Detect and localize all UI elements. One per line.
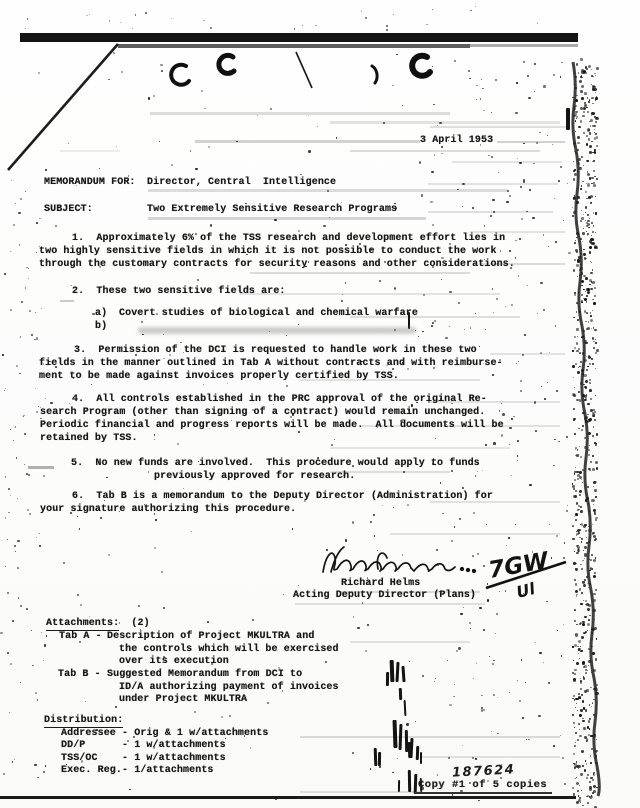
right-edge-shadow-band bbox=[571, 58, 597, 808]
paragraph-5-line-2: previously approved for research. bbox=[154, 470, 355, 483]
copy-line-underline bbox=[414, 792, 552, 794]
copy-count-line: Copy #1 of 5 copies bbox=[418, 779, 547, 792]
pen-slash-mark bbox=[296, 52, 312, 88]
tab-b-line-1: Suggested Memorandum from DCI to bbox=[107, 668, 302, 681]
distribution-item-4: Exec. Reg.- 1/attachments bbox=[61, 764, 214, 777]
tab-b-line-3: under Project MKULTRA bbox=[119, 693, 247, 706]
attachments-count-value: (2) bbox=[131, 618, 149, 629]
item-b-label: b) bbox=[95, 320, 107, 333]
paragraph-3-line-1: 3. Permission of the DCI is requested to… bbox=[74, 344, 477, 357]
paragraph-6-line-2: your signature authorizing this procedur… bbox=[40, 503, 296, 516]
paragraph-3-line-3: ment to be made against invoices properl… bbox=[39, 370, 399, 383]
item-a-label: a) bbox=[95, 307, 107, 320]
tab-a-label: Tab A - bbox=[59, 630, 102, 643]
subject-label: SUBJECT: bbox=[44, 203, 93, 216]
handwritten-document-number: 187624 bbox=[452, 762, 516, 780]
memo-date: 3 April 1953 bbox=[420, 134, 493, 147]
paragraph-5-line-1: 5. No new funds are involved. This proce… bbox=[71, 457, 480, 470]
scanned-memo-page: 7GW Ul 3 April 1953 MEMORANDUM FOR: Dire… bbox=[0, 0, 640, 808]
distribution-item-2: DD/P - 1 w/attachments bbox=[61, 739, 226, 752]
paragraph-1-line-1: 1. Approximately 6% of the TSS research … bbox=[72, 232, 505, 245]
item-a-text: Covert studies of biological and chemica… bbox=[119, 307, 418, 320]
tab-a-line-1: Description of Project MKULTRA and bbox=[107, 630, 314, 643]
bottom-scan-rule bbox=[0, 796, 576, 799]
paragraph-4-line-2: search Program (other than signing of a … bbox=[40, 406, 485, 419]
paragraph-1-line-2: two highly sensitive fields in which it … bbox=[39, 245, 497, 258]
paragraph-1-line-3: through the customary contracts for secu… bbox=[39, 258, 515, 271]
memo-for-value: Director, Central Intelligence bbox=[147, 176, 336, 189]
corner-fold-line bbox=[8, 44, 118, 170]
handwritten-initials-7gw: 7GW Ul bbox=[486, 548, 566, 602]
paragraph-4-line-1: 4. All controls established in the PRC a… bbox=[72, 393, 487, 406]
initials-7gw-text: 7GW bbox=[487, 548, 552, 584]
tab-b-label: Tab B - bbox=[58, 668, 101, 681]
item-b-redaction-smudge bbox=[138, 327, 416, 334]
initials-ul-text: Ul bbox=[514, 579, 537, 602]
signature-scrawl bbox=[323, 547, 475, 572]
paragraph-3-line-2: fields in the manner outlined in Tab A w… bbox=[39, 357, 503, 370]
paragraph-6-line-1: 6. Tab B is a memorandum to the Deputy D… bbox=[72, 490, 493, 503]
subject-value: Two Extremely Sensitive Research Program… bbox=[147, 203, 397, 216]
paragraph-4-line-3: Periodic financial and progress reports … bbox=[40, 419, 504, 432]
attachments-heading: Attachments: (2) bbox=[46, 617, 150, 630]
tab-a-line-3: over its execution bbox=[119, 655, 229, 668]
initials-divider-line bbox=[486, 562, 566, 588]
paragraph-4-line-4: retained by TSS. bbox=[40, 432, 138, 445]
hole-punch-marks bbox=[171, 55, 430, 84]
top-scan-bar bbox=[20, 33, 578, 48]
attachments-count bbox=[119, 618, 131, 629]
paragraph-2: 2. These two sensitive fields are: bbox=[72, 285, 286, 298]
signer-title: Acting Deputy Director (Plans) bbox=[293, 589, 476, 602]
memo-for-label: MEMORANDUM FOR: bbox=[44, 176, 136, 189]
distribution-heading: Distribution: bbox=[44, 714, 123, 727]
